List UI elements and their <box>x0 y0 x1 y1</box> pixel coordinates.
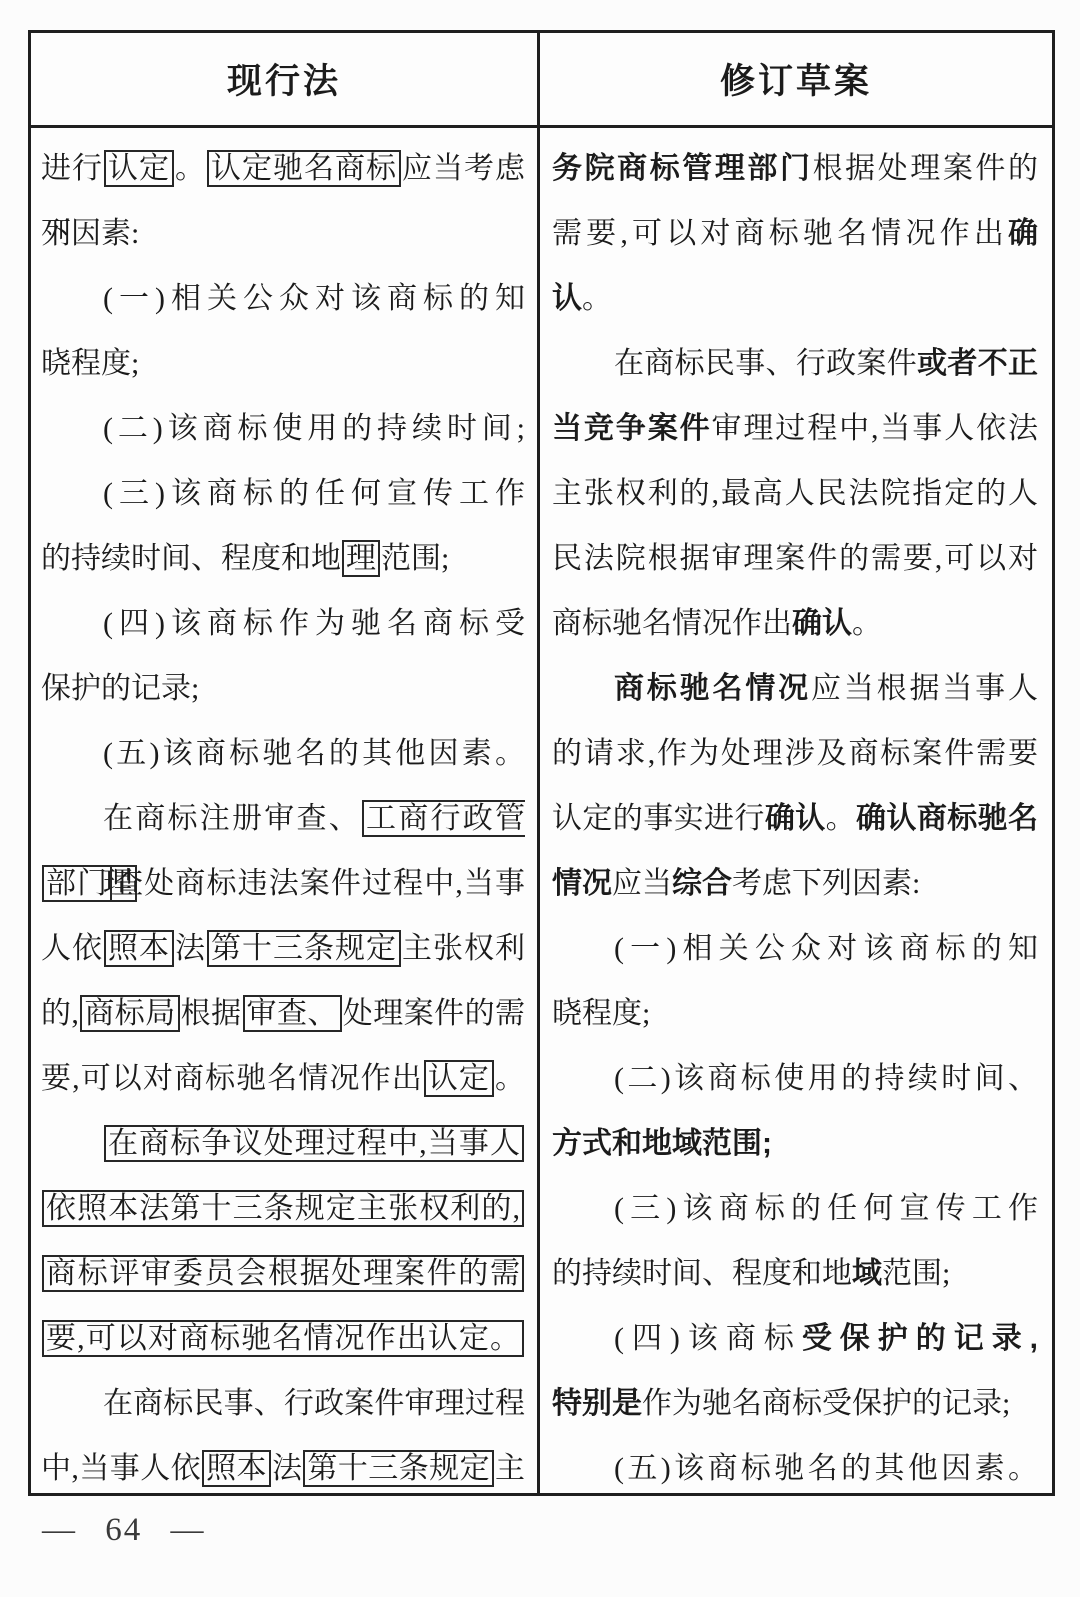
page-number: — 64 — <box>42 1512 206 1549</box>
revision-draft-line: (二)该商标使用的持续时间、 <box>552 1046 1038 1111</box>
boxed-deleted-text: 理 <box>342 540 380 577</box>
current-law-line: 要,可以对商标驰名情况作出认定。 <box>41 1046 525 1111</box>
text-segment: 根据 <box>181 997 242 1030</box>
current-law-line: 人依照本法第十三条规定主张权利 <box>41 916 525 981</box>
revision-draft-line: (四)该商标受保护的记录, <box>552 1306 1038 1371</box>
current-law-line: 晓程度; <box>41 331 525 396</box>
revision-draft-line: 需要,可以对商标驰名情况作出确 <box>552 201 1038 266</box>
bold-added-text: 综合 <box>672 867 732 900</box>
bold-added-text: 特别是 <box>552 1387 642 1420</box>
current-law-line: 在商标争议处理过程中,当事人 <box>41 1111 525 1176</box>
current-law-line: 中,当事人依照本法第十三条规定主 <box>41 1436 525 1493</box>
text-segment: 主 <box>495 1452 525 1485</box>
bold-added-text: 确认商标驰名 <box>856 802 1038 835</box>
revision-draft-line: 认定的事实进行确认。确认商标驰名 <box>552 786 1038 851</box>
bold-added-text: 当竞争案件 <box>552 412 712 445</box>
bold-added-text: 方式和地域范围; <box>552 1127 772 1160</box>
text-segment: 认定的事实进行 <box>552 802 765 835</box>
bold-added-text: 情况 <box>552 867 612 900</box>
text-segment: 要,可以对商标驰名情况作出 <box>41 1062 423 1095</box>
current-law-line: 依照本法第十三条规定主张权利的, <box>41 1176 525 1241</box>
text-segment: 。 <box>582 282 612 315</box>
text-segment: (三)该商标的任何宣传工作 <box>614 1192 1038 1225</box>
current-law-line: 部门查处商标违法案件过程中,当事 <box>41 851 525 916</box>
text-segment: 晓程度; <box>552 997 650 1030</box>
boxed-deleted-text: 认定 <box>424 1060 494 1097</box>
text-segment: 晓程度; <box>41 347 139 380</box>
revision-draft-line: (五)该商标驰名的其他因素。 <box>552 1436 1038 1493</box>
text-segment: (五)该商标驰名的其他因素。 <box>614 1452 1038 1485</box>
text-segment: (四)该商标 <box>614 1322 802 1355</box>
current-law-line: 列因素: <box>41 201 525 266</box>
text-segment: 在商标民事、行政案件审理过程 <box>103 1387 525 1420</box>
text-segment: 根据处理案件的 <box>813 152 1038 185</box>
revision-draft-line: (一)相关公众对该商标的知 <box>552 916 1038 981</box>
revision-draft-line: 主张权利的,最高人民法院指定的人 <box>552 461 1038 526</box>
current-law-header: 现行法 <box>31 33 537 128</box>
text-segment: 的持续时间、程度和地 <box>552 1257 852 1290</box>
text-segment: (五)该商标驰名的其他因素。 <box>103 737 525 770</box>
current-law-line: 的,商标局根据审查、处理案件的需 <box>41 981 525 1046</box>
revision-draft-header: 修订草案 <box>540 33 1052 128</box>
text-segment: 。 <box>495 1062 525 1095</box>
boxed-deleted-text: 第十三条规定 <box>303 1450 494 1487</box>
text-segment: 人依 <box>41 932 103 965</box>
boxed-deleted-text: 在商标争议处理过程中,当事人 <box>104 1125 524 1162</box>
bold-added-text: 受保护的记录, <box>802 1322 1038 1355</box>
bold-added-text: 务院商标管理部门 <box>552 152 813 185</box>
current-law-line: (二)该商标使用的持续时间; <box>41 396 525 461</box>
current-law-line: (一)相关公众对该商标的知 <box>41 266 525 331</box>
current-law-line: 在商标民事、行政案件审理过程 <box>41 1371 525 1436</box>
text-segment: 。 <box>175 152 206 185</box>
text-segment: 审理过程中,当事人依法 <box>712 412 1039 445</box>
boxed-deleted-text: 第十三条规定 <box>207 930 401 967</box>
current-law-line: 进行认定。认定驰名商标应当考虑下 <box>41 136 525 201</box>
text-segment: (二)该商标使用的持续时间; <box>103 412 525 445</box>
boxed-deleted-text: 商标评审委员会根据处理案件的需 <box>42 1255 524 1292</box>
text-segment: 的请求,作为处理涉及商标案件需要 <box>552 737 1038 770</box>
revision-draft-line: 当竞争案件审理过程中,当事人依法 <box>552 396 1038 461</box>
text-segment: 法 <box>272 1452 302 1485</box>
revision-draft-line: 的请求,作为处理涉及商标案件需要 <box>552 721 1038 786</box>
revision-draft-line: 商标驰名情况作出确认。 <box>552 591 1038 656</box>
revision-draft-line: 情况应当综合考虑下列因素: <box>552 851 1038 916</box>
revision-draft-line: 民法院根据审理案件的需要,可以对 <box>552 526 1038 591</box>
text-segment: 。 <box>826 802 856 835</box>
boxed-deleted-text: 认定 <box>104 150 174 187</box>
revision-draft-line: 的持续时间、程度和地域范围; <box>552 1241 1038 1306</box>
text-segment: 需要,可以对商标驰名情况作出 <box>552 217 1008 250</box>
boxed-deleted-text: 商标局 <box>80 995 180 1032</box>
bold-added-text: 确 <box>1008 217 1038 250</box>
text-segment: 商标驰名情况作出 <box>552 607 792 640</box>
current-law-line: 保护的记录; <box>41 656 525 721</box>
bold-added-text: 确认 <box>765 802 826 835</box>
revision-draft-line: 认。 <box>552 266 1038 331</box>
text-segment: 进行 <box>41 152 103 185</box>
text-segment: (一)相关公众对该商标的知 <box>103 282 525 315</box>
text-segment: 。 <box>852 607 882 640</box>
revision-draft-line: 晓程度; <box>552 981 1038 1046</box>
boxed-deleted-text: 审查、 <box>243 995 342 1032</box>
text-segment: 的持续时间、程度和地 <box>41 542 341 575</box>
revision-draft-line: 商标驰名情况应当根据当事人 <box>552 656 1038 721</box>
text-segment: (三)该商标的任何宣传工作 <box>103 477 525 510</box>
current-law-line: (五)该商标驰名的其他因素。 <box>41 721 525 786</box>
text-segment: 范围; <box>381 542 449 575</box>
bold-added-text: 或者不正 <box>917 347 1038 380</box>
current-law-line: (三)该商标的任何宣传工作 <box>41 461 525 526</box>
text-segment: (一)相关公众对该商标的知 <box>614 932 1038 965</box>
text-segment: 的, <box>41 997 79 1030</box>
text-segment: 民法院根据审理案件的需要,可以对 <box>552 542 1038 575</box>
current-law-body: 进行认定。认定驰名商标应当考虑下列因素:(一)相关公众对该商标的知晓程度;(二)… <box>31 128 537 1493</box>
boxed-deleted-text: 要,可以对商标驰名情况作出认定。 <box>42 1320 524 1357</box>
revision-draft-line: 特别是作为驰名商标受保护的记录; <box>552 1371 1038 1436</box>
bold-added-text: 商标驰名情况 <box>614 672 811 705</box>
text-segment: 列因素: <box>41 217 139 250</box>
text-segment: 应当根据当事人 <box>811 672 1038 705</box>
current-law-line: 要,可以对商标驰名情况作出认定。 <box>41 1306 525 1371</box>
text-segment: 保护的记录; <box>41 672 199 705</box>
text-segment: 作为驰名商标受保护的记录; <box>642 1387 1010 1420</box>
text-segment: 主张权利 <box>402 932 525 965</box>
bold-added-text: 域 <box>852 1257 882 1290</box>
revision-draft-body: 务院商标管理部门根据处理案件的需要,可以对商标驰名情况作出确认。在商标民事、行政… <box>540 128 1052 1493</box>
bold-added-text: 确认 <box>792 607 852 640</box>
revision-draft-line: (三)该商标的任何宣传工作 <box>552 1176 1038 1241</box>
text-segment: 考虑下列因素: <box>732 867 920 900</box>
text-segment: 应当 <box>612 867 672 900</box>
current-law-line: (四)该商标作为驰名商标受 <box>41 591 525 656</box>
text-segment: 在商标民事、行政案件 <box>614 347 917 380</box>
current-law-line: 的持续时间、程度和地理范围; <box>41 526 525 591</box>
current-law-line: 在商标注册审查、工商行政管理 <box>41 786 525 851</box>
boxed-deleted-text: 依照本法第十三条规定主张权利的, <box>42 1190 524 1227</box>
revision-draft-column: 修订草案 务院商标管理部门根据处理案件的需要,可以对商标驰名情况作出确认。在商标… <box>537 33 1052 1493</box>
boxed-deleted-text: 照本 <box>104 930 174 967</box>
text-segment: 主张权利的,最高人民法院指定的人 <box>552 477 1038 510</box>
text-segment: 处理案件的需 <box>343 997 525 1030</box>
text-segment: 范围; <box>882 1257 950 1290</box>
boxed-deleted-text: 认定驰名商标 <box>207 150 401 187</box>
revision-draft-line: 方式和地域范围; <box>552 1111 1038 1176</box>
current-law-line: 商标评审委员会根据处理案件的需 <box>41 1241 525 1306</box>
text-segment: (二)该商标使用的持续时间、 <box>614 1062 1038 1095</box>
boxed-deleted-text: 照本 <box>202 1450 271 1487</box>
boxed-deleted-text: 部门 <box>42 865 112 902</box>
text-segment: 中,当事人依 <box>41 1452 201 1485</box>
text-segment: 法 <box>175 932 206 965</box>
comparison-table: 现行法 进行认定。认定驰名商标应当考虑下列因素:(一)相关公众对该商标的知晓程度… <box>28 30 1055 1496</box>
bold-added-text: 认 <box>552 282 582 315</box>
revision-draft-line: 在商标民事、行政案件或者不正 <box>552 331 1038 396</box>
text-segment: 查处商标违法案件过程中,当事 <box>113 867 525 900</box>
current-law-column: 现行法 进行认定。认定驰名商标应当考虑下列因素:(一)相关公众对该商标的知晓程度… <box>31 33 537 1493</box>
text-segment: 在商标注册审查、 <box>103 802 361 835</box>
text-segment: (四)该商标作为驰名商标受 <box>103 607 525 640</box>
revision-draft-line: 务院商标管理部门根据处理案件的 <box>552 136 1038 201</box>
